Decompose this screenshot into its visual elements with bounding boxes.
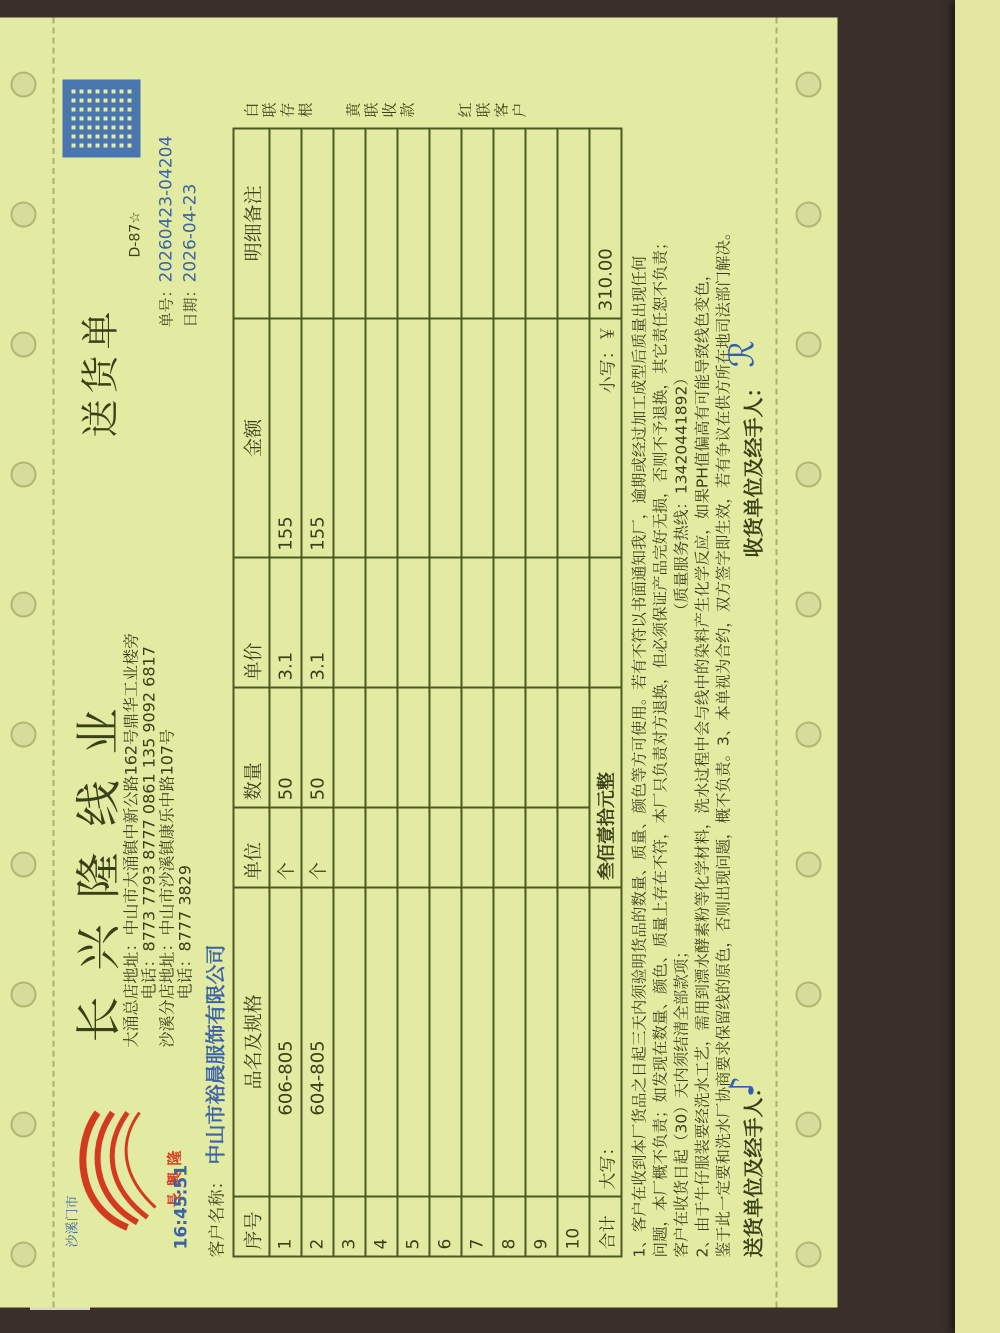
cell-no: 5 — [398, 1197, 430, 1257]
cell-qty — [334, 687, 366, 807]
cell-unit: 个 — [302, 807, 334, 887]
table-row: 8 — [494, 129, 526, 1257]
cell-no: 1 — [270, 1197, 302, 1257]
logo-tag: 沙溪门市 — [62, 1195, 81, 1247]
cell-note — [430, 129, 462, 319]
cell-amount — [398, 318, 430, 557]
cell-no: 6 — [430, 1197, 462, 1257]
hq-phone: 电话：8773 7793 8777 0861 135 9092 6817 — [141, 646, 159, 1047]
cell-no: 3 — [334, 1197, 366, 1257]
cell-price: 3.1 — [270, 558, 302, 688]
copy-white-stub: 白联存根 — [243, 94, 315, 118]
order-number-label: 单号： — [158, 282, 176, 327]
terms-line: 客户在收货日起（30）天内须结清全部款项； （质量服务热线：1342044189… — [672, 78, 693, 1258]
header-price: 单价 — [234, 558, 270, 688]
cell-name — [366, 887, 398, 1197]
sprocket-hole — [796, 462, 822, 488]
cell-amount — [430, 318, 462, 557]
sprocket-hole — [796, 1112, 822, 1138]
table-row: 1 606-805 个 50 3.1 155 — [270, 129, 302, 1257]
order-date-label: 日期： — [182, 282, 200, 327]
cell-note — [302, 129, 334, 319]
cell-unit — [430, 807, 462, 887]
cell-amount — [558, 318, 590, 557]
document-type: 送货单 — [70, 305, 125, 437]
cell-qty — [398, 687, 430, 807]
print-time: 16:45:51 — [172, 1165, 192, 1250]
cell-name — [398, 887, 430, 1197]
branch-phone-value: 8777 3829 — [176, 865, 195, 952]
table-row: 3 — [334, 129, 366, 1257]
cell-name — [462, 887, 494, 1197]
cell-qty: 50 — [270, 687, 302, 807]
hq-phone-value: 8773 7793 8777 0861 135 9092 6817 — [140, 646, 159, 951]
table-row: 5 — [398, 129, 430, 1257]
sprocket-hole — [11, 852, 37, 878]
cell-unit — [334, 807, 366, 887]
order-number-value: 20260423-04204 — [157, 136, 177, 283]
cell-price — [462, 558, 494, 688]
header-unit: 单位 — [234, 807, 270, 887]
hq-address: 大涌总店地址：中山市大涌镇中新公路162号鼎华工业楼旁 — [123, 633, 141, 1048]
table-row: 10 — [558, 129, 590, 1257]
header-qty: 数量 — [234, 687, 270, 807]
form-body: 沙溪门市 長興隆 16:45:51 长兴隆线业 送货单 大涌总店地址：中山市大涌… — [68, 58, 763, 1258]
cell-name — [430, 887, 462, 1197]
cell-no: 8 — [494, 1197, 526, 1257]
cell-note — [558, 129, 590, 319]
capital-cell: 大写： — [590, 887, 622, 1197]
header-no: 序号 — [234, 1197, 270, 1257]
table-header-row: 序号 品名及规格 单位 数量 单价 金额 明细备注 — [234, 129, 270, 1257]
cell-amount — [526, 318, 558, 557]
cell-amount — [366, 318, 398, 557]
cell-note — [398, 129, 430, 319]
adjacent-yellow-pad — [955, 0, 1000, 1333]
order-date-value: 2026-04-23 — [181, 184, 201, 283]
branch-phone: 电话：8777 3829 — [177, 865, 195, 1048]
cell-note — [366, 129, 398, 319]
copy-labels: 白联存根 黄联收款 红联客户 — [243, 94, 529, 118]
cell-unit — [398, 807, 430, 887]
cell-no: 7 — [462, 1197, 494, 1257]
branch-address-label: 沙溪分店地址： — [158, 935, 177, 1047]
cell-name — [334, 887, 366, 1197]
sprocket-hole — [796, 72, 822, 98]
cell-name: 604-805 — [302, 887, 334, 1197]
cell-price — [430, 558, 462, 688]
table-row: 7 — [462, 129, 494, 1257]
cell-name — [526, 887, 558, 1197]
sprocket-hole — [796, 852, 822, 878]
table-row: 9 — [526, 129, 558, 1257]
handwritten-signature-icon: ♪ — [723, 1076, 763, 1098]
cell-amount — [334, 318, 366, 557]
total-label: 合计 — [590, 1197, 622, 1257]
copy-yellow-payment: 黄联收款 — [345, 94, 417, 118]
cell-price — [334, 558, 366, 688]
sprocket-hole — [796, 1242, 822, 1268]
sprocket-hole — [11, 1242, 37, 1268]
cell-price — [558, 558, 590, 688]
perforated-strip-top — [0, 18, 55, 1308]
sprocket-hole — [11, 332, 37, 358]
handwritten-signature-icon: ℛ — [723, 340, 763, 367]
sprocket-hole — [11, 722, 37, 748]
cell-unit: 个 — [270, 807, 302, 887]
cell-unit — [366, 807, 398, 887]
branch-address: 沙溪分店地址：中山市沙溪镇康乐中路107号 — [159, 729, 177, 1048]
sprocket-hole — [11, 72, 37, 98]
branch-address-value: 中山市沙溪镇康乐中路107号 — [158, 729, 177, 936]
cell-qty — [366, 687, 398, 807]
cell-price — [494, 558, 526, 688]
customer-name: 客户名称：中山市裕晨服饰有限公司 — [200, 945, 229, 1258]
small-amount: 310.00 — [590, 129, 622, 319]
items-table: 序号 品名及规格 单位 数量 单价 金额 明细备注 1 606-805 个 50… — [233, 128, 623, 1258]
order-date: 日期：2026-04-23 — [180, 184, 201, 328]
cell-unit — [462, 807, 494, 887]
delivery-note: 沙溪门市 長興隆 16:45:51 长兴隆线业 送货单 大涌总店地址：中山市大涌… — [0, 18, 838, 1308]
sprocket-hole — [11, 592, 37, 618]
terms-line: 1、客户在收到本厂货品之日起三天内须验明货品的数量、质量、颜色等方可使用。若有不… — [630, 78, 651, 1258]
cell-qty — [558, 687, 590, 807]
company-logo: 沙溪门市 長興隆 16:45:51 — [68, 1108, 188, 1248]
cell-no: 9 — [526, 1197, 558, 1257]
cell-price — [366, 558, 398, 688]
company-title: 长兴隆线业 — [63, 683, 129, 1043]
terms-line: 2、由于牛仔服装要经洗水工艺，需用到漂水酵素粉等化学材料，洗水过程中会与线中的染… — [693, 78, 714, 1258]
cell-qty — [526, 687, 558, 807]
cell-note — [270, 129, 302, 319]
header-notes: 明细备注 — [234, 129, 270, 319]
cell-qty: 50 — [302, 687, 334, 807]
small-label: 小写：￥ — [590, 318, 622, 557]
order-number: 单号：20260423-04204 — [156, 136, 177, 328]
sprocket-hole — [796, 202, 822, 228]
cell-qty — [494, 687, 526, 807]
copy-red-customer: 红联客户 — [457, 94, 529, 118]
sprocket-hole — [796, 592, 822, 618]
receiver-signature-label: 收货单位及经手人： — [738, 378, 767, 558]
cell-name: 606-805 — [270, 887, 302, 1197]
sprocket-hole — [11, 462, 37, 488]
cell-note — [462, 129, 494, 319]
cell-price — [398, 558, 430, 688]
table-row: 2 604-805 个 50 3.1 155 — [302, 129, 334, 1257]
cell-unit — [558, 807, 590, 887]
wave-logo-icon — [68, 1108, 168, 1248]
cell-price: 3.1 — [302, 558, 334, 688]
sprocket-hole — [11, 202, 37, 228]
cell-unit — [526, 807, 558, 887]
total-row: 合计 大写： 叁佰壹拾元整 小写：￥ 310.00 — [590, 129, 622, 1257]
header-name-spec: 品名及规格 — [234, 887, 270, 1197]
terms-and-conditions: 1、客户在收到本厂货品之日起三天内须验明货品的数量、质量、颜色等方可使用。若有不… — [630, 78, 735, 1258]
cell-qty — [462, 687, 494, 807]
cell-no: 2 — [302, 1197, 334, 1257]
sprocket-hole — [796, 982, 822, 1008]
capital-label: 大写： — [598, 1139, 618, 1190]
cell-note — [494, 129, 526, 319]
sprocket-hole — [796, 722, 822, 748]
hq-address-value: 中山市大涌镇中新公路162号鼎华工业楼旁 — [122, 633, 141, 936]
cell-name — [494, 887, 526, 1197]
cell-no: 4 — [366, 1197, 398, 1257]
cell-no: 10 — [558, 1197, 590, 1257]
cell-amount: 155 — [302, 318, 334, 557]
perforated-strip-bottom — [776, 18, 838, 1308]
spacer-cell — [590, 558, 622, 688]
cell-amount: 155 — [270, 318, 302, 557]
cell-note — [334, 129, 366, 319]
header-amount: 金额 — [234, 318, 270, 557]
terms-line: 问题，本厂概不负责；如发现在数量、颜色、质量上存在不符，本厂只负责对方退换，但必… — [651, 78, 672, 1258]
cell-amount — [462, 318, 494, 557]
cell-amount — [494, 318, 526, 557]
customer-label: 客户名称： — [208, 1173, 228, 1258]
table-row: 4 — [366, 129, 398, 1257]
cell-price — [526, 558, 558, 688]
sender-signature-label: 送货单位及经手人： — [738, 1078, 767, 1258]
sprocket-hole — [796, 332, 822, 358]
table-row: 6 — [430, 129, 462, 1257]
branch-phone-label: 电话： — [176, 951, 195, 999]
sprocket-hole — [11, 982, 37, 1008]
customer-value: 中山市裕晨服饰有限公司 — [204, 945, 228, 1165]
cell-qty — [430, 687, 462, 807]
hq-phone-label: 电话： — [140, 951, 159, 999]
qr-code[interactable] — [63, 80, 141, 158]
sprocket-hole — [11, 1112, 37, 1138]
cell-unit — [494, 807, 526, 887]
hq-address-label: 大涌总店地址： — [122, 935, 141, 1047]
cell-note — [526, 129, 558, 319]
capital-amount: 叁佰壹拾元整 — [590, 687, 622, 887]
form-code: D-87☆ — [128, 211, 144, 257]
cell-name — [558, 887, 590, 1197]
